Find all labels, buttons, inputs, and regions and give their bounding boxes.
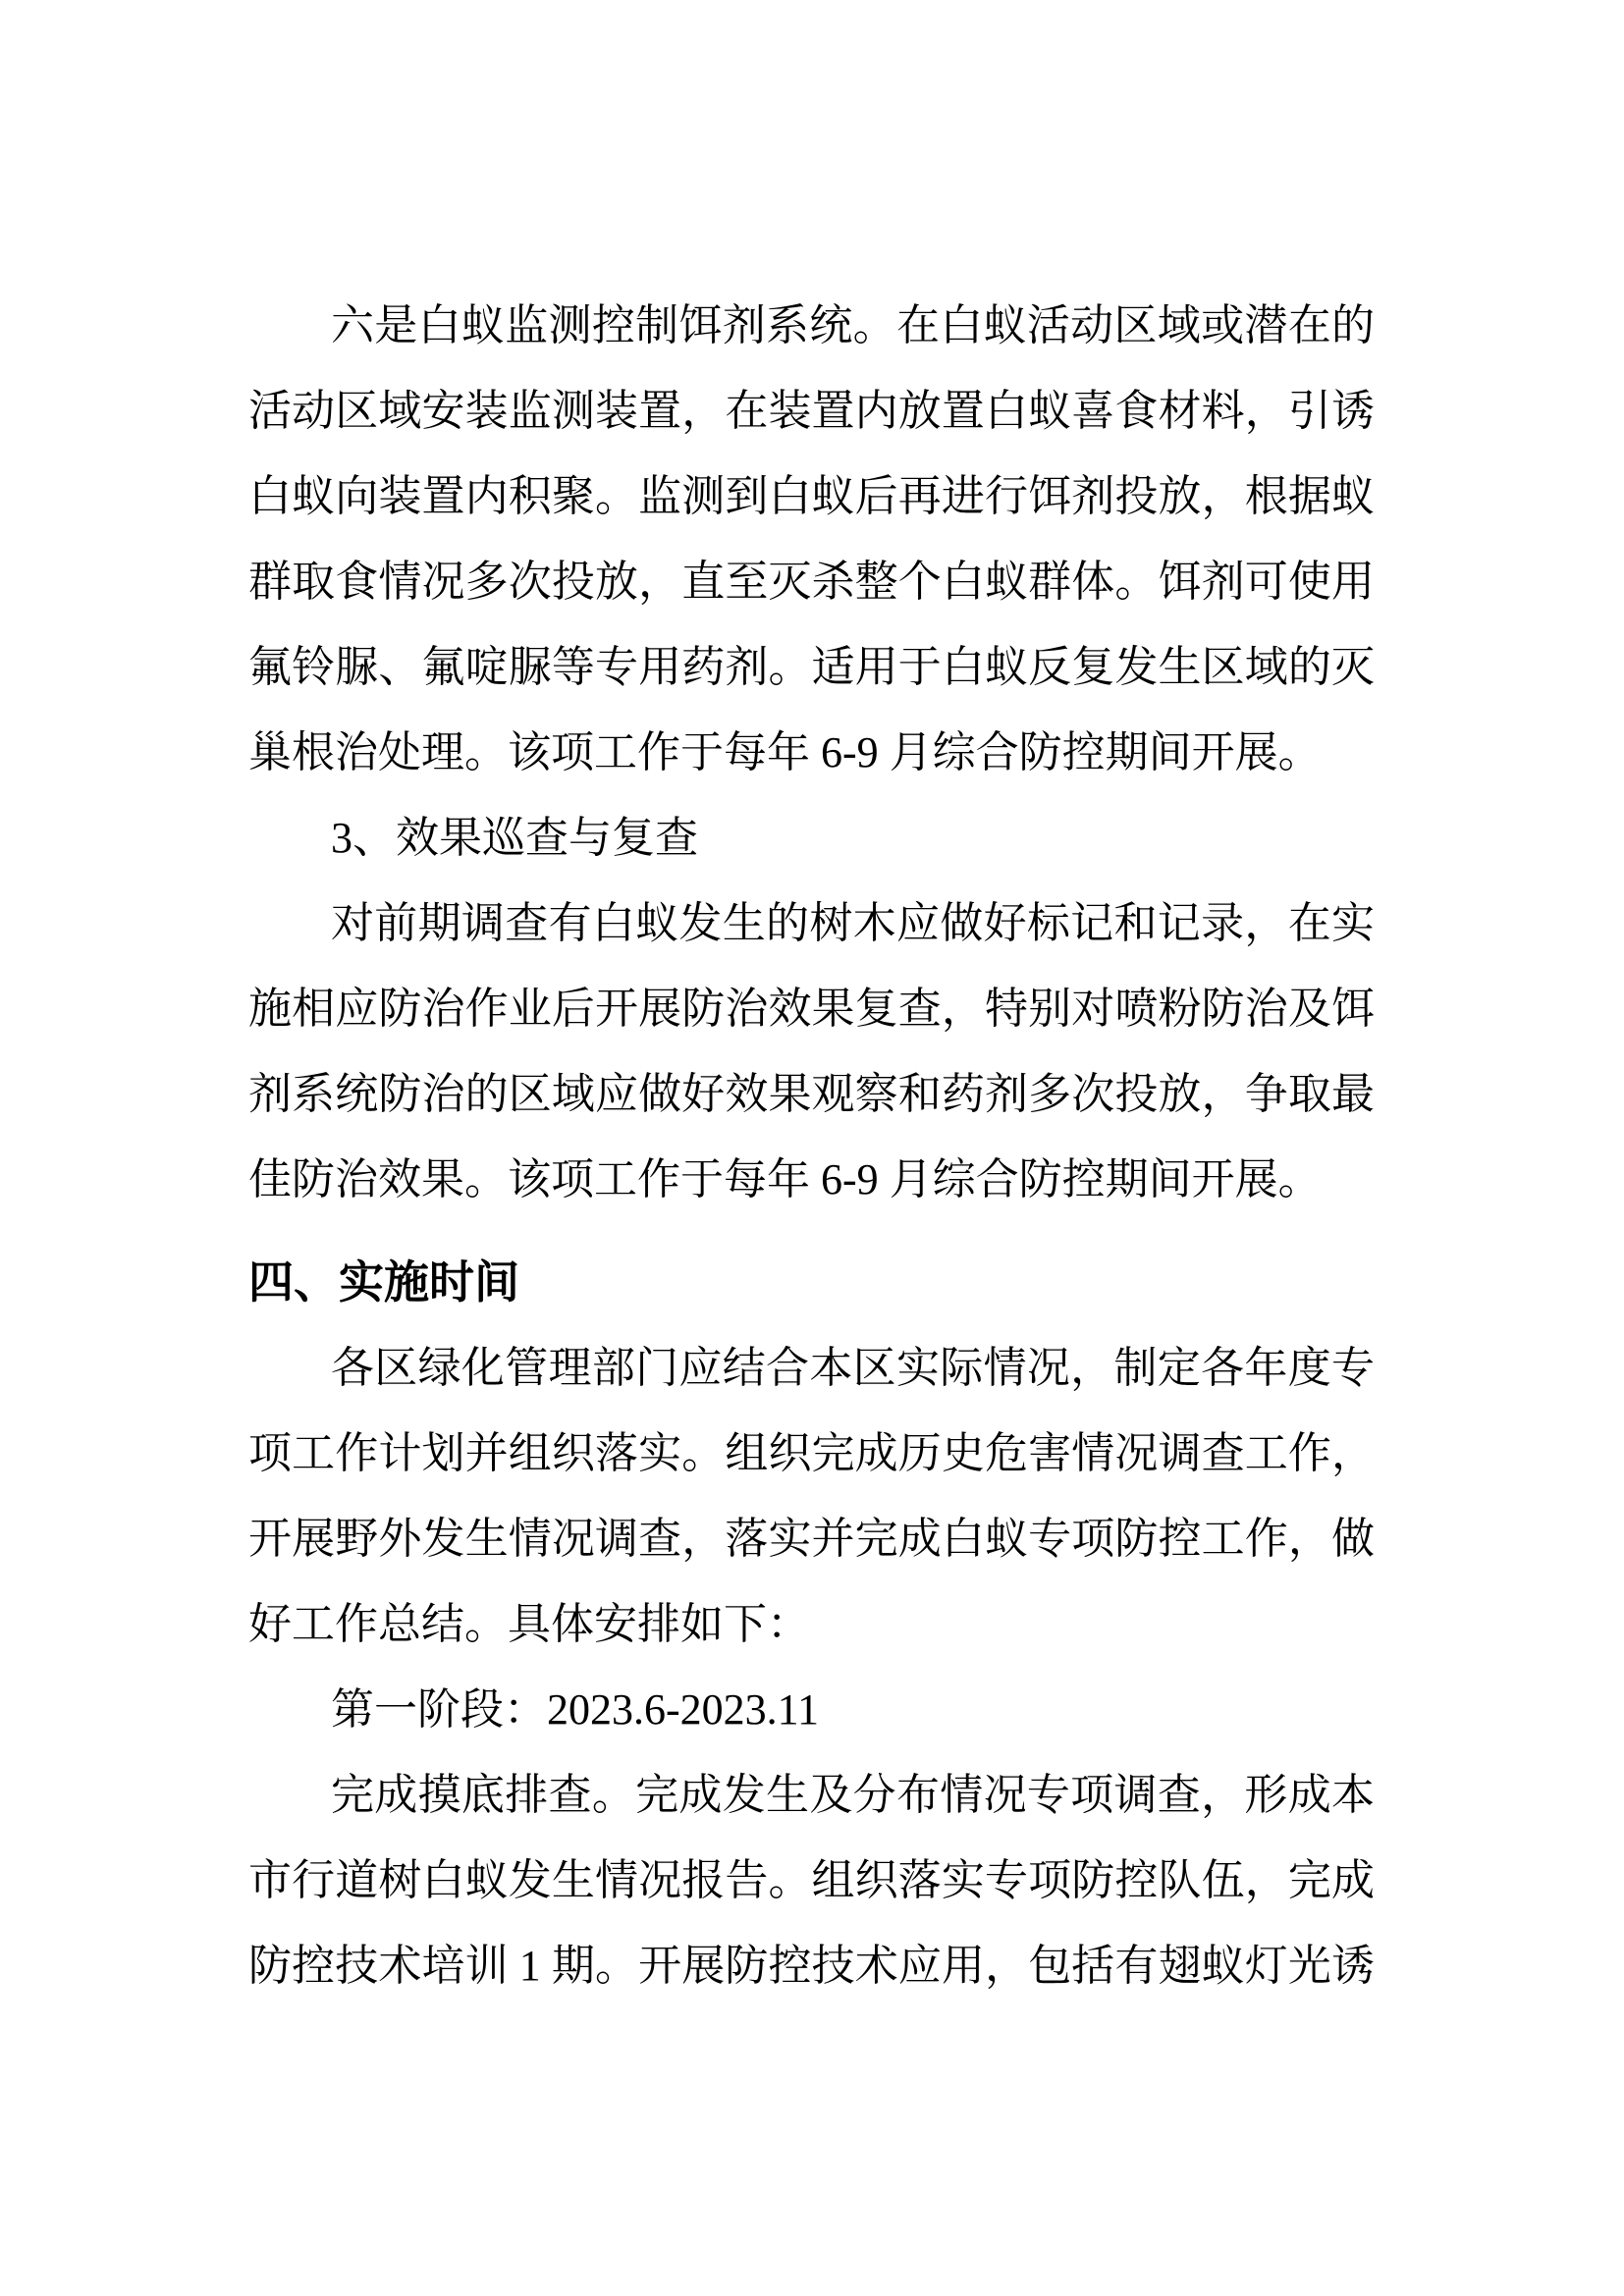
text-line: 项工作计划并组织落实。组织完成历史危害情况调查工作， bbox=[248, 1411, 1375, 1496]
text-line: 巢根治处理。该项工作于每年 6-9 月综合防控期间开展。 bbox=[248, 710, 1375, 795]
text-line: 防控技术培训 1 期。开展防控技术应用，包括有翅蚁灯光诱 bbox=[248, 1923, 1375, 2008]
document-body: 六是白蚁监测控制饵剂系统。在白蚁活动区域或潜在的 活动区域安装监测装置，在装置内… bbox=[248, 283, 1375, 2008]
text-line: 好工作总结。具体安排如下： bbox=[248, 1581, 1375, 1667]
text-line: 剂系统防治的区域应做好效果观察和药剂多次投放，争取最 bbox=[248, 1051, 1375, 1137]
section-heading: 四、实施时间 bbox=[248, 1240, 1375, 1325]
text-line: 施相应防治作业后开展防治效果复查，特别对喷粉防治及饵 bbox=[248, 966, 1375, 1051]
text-line: 开展野外发生情况调查，落实并完成白蚁专项防控工作，做 bbox=[248, 1496, 1375, 1581]
text-line: 氟铃脲、氟啶脲等专用药剂。适用于白蚁反复发生区域的灭 bbox=[248, 624, 1375, 710]
text-line: 活动区域安装监测装置，在装置内放置白蚁喜食材料，引诱 bbox=[248, 368, 1375, 454]
subsection-title: 3、效果巡查与复查 bbox=[248, 795, 1375, 881]
text-line: 市行道树白蚁发生情况报告。组织落实专项防控队伍，完成 bbox=[248, 1838, 1375, 1923]
text-line: 对前期调查有白蚁发生的树木应做好标记和记录，在实 bbox=[248, 881, 1375, 966]
document-page: 六是白蚁监测控制饵剂系统。在白蚁活动区域或潜在的 活动区域安装监测装置，在装置内… bbox=[0, 0, 1624, 2296]
text-line: 群取食情况多次投放，直至灭杀整个白蚁群体。饵剂可使用 bbox=[248, 539, 1375, 624]
text-line: 各区绿化管理部门应结合本区实际情况，制定各年度专 bbox=[248, 1325, 1375, 1411]
text-line: 佳防治效果。该项工作于每年 6-9 月综合防控期间开展。 bbox=[248, 1137, 1375, 1222]
text-line: 完成摸底排查。完成发生及分布情况专项调查，形成本 bbox=[248, 1752, 1375, 1838]
text-line: 六是白蚁监测控制饵剂系统。在白蚁活动区域或潜在的 bbox=[248, 283, 1375, 368]
phase-title-line: 第一阶段：2023.6-2023.11 bbox=[248, 1667, 1375, 1752]
text-line: 白蚁向装置内积聚。监测到白蚁后再进行饵剂投放，根据蚁 bbox=[248, 454, 1375, 539]
